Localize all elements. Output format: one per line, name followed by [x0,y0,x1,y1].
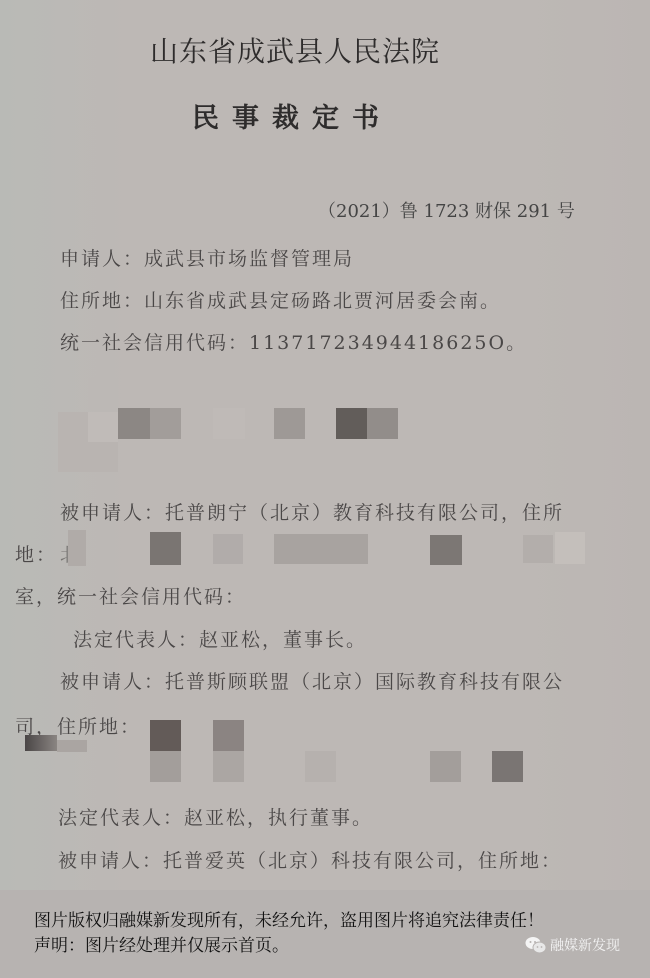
watermark-text: 融媒新发现 [550,935,620,955]
respondent-1-credit-code: 室，统一社会信用代码： [15,582,246,609]
applicant-address: 住所地：山东省成武县定砀路北贾河居委会南。 [60,286,501,313]
respondent-3-name: 被申请人：托普爱英（北京）科技有限公司，住所地： [58,846,562,873]
applicant-name: 申请人：成武县市场监督管理局 [60,244,354,271]
disclaimer-statement: 声明：图片经处理并仅展示首页。 [34,931,289,956]
document-page: 山东省成武县人民法院 民事裁定书 （2021）鲁 1723 财保 291 号 申… [0,0,650,978]
wechat-icon [525,936,547,954]
copyright-notice: 图片版权归融媒新发现所有，未经允许，盗用图片将追究法律责任！ [34,906,544,931]
applicant-credit-code: 统一社会信用代码：11371723494418625O。 [60,328,527,355]
respondent-2-name: 被申请人：托普斯顾联盟（北京）国际教育科技有限公 [60,667,564,694]
case-number: （2021）鲁 1723 财保 291 号 [318,197,575,223]
watermark: 融媒新发现 [525,935,620,955]
respondent-1-legal-rep: 法定代表人：赵亚松，董事长。 [73,625,367,652]
respondent-1-name: 被申请人：托普朗宁（北京）教育科技有限公司，住所 [60,498,564,525]
copyright-footer: 图片版权归融媒新发现所有，未经允许，盗用图片将追究法律责任！ 声明：图片经处理并… [0,890,650,978]
respondent-1-address-label: 地： [15,540,57,567]
respondent-2-legal-rep: 法定代表人：赵亚松，执行董事。 [58,803,373,830]
court-name: 山东省成武县人民法院 [150,30,440,70]
document-type-title: 民事裁定书 [192,96,392,135]
